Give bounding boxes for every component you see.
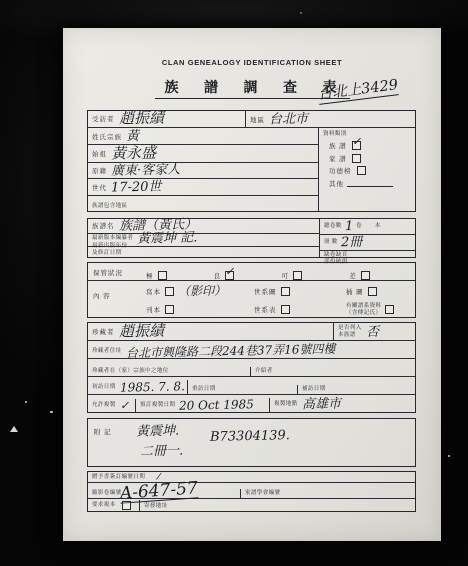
- book-count-row: 冊 數 2冊: [320, 235, 415, 251]
- content-options: 寫本 （影印） 世系圖 插 圖 刊本: [146, 281, 415, 317]
- coverage-row: 族譜包含地區: [88, 196, 318, 212]
- deed-cell: 贈予書簽訂編號日期 ∕: [88, 472, 415, 483]
- condition-label-cell: 保管狀況: [88, 258, 146, 280]
- generations-cell: 世代 17-20世: [88, 180, 163, 195]
- coverage-cell: 族譜包含地區: [88, 202, 133, 211]
- section-interviewee: 受訪者 趙振績 地區 台北市 姓氏宗族 黃: [87, 110, 416, 212]
- publication-label-line2: 及修訂日期: [92, 250, 127, 257]
- missing-pages-label-line1: 缺卷缺頁: [324, 252, 348, 259]
- content-option-label: 世系圖: [254, 287, 277, 296]
- content-option-lineage-table: 世系表: [254, 303, 346, 317]
- publication-label-line1: 最新出版年份: [92, 243, 127, 250]
- condition-options: 極 良 ✓ 可 差: [146, 268, 415, 280]
- category-option-merit-board: 功德榜: [323, 166, 411, 175]
- section-administrative: 贈予書簽訂編號日期 ∕ 縮影卷編號 A-647-57 家譜學會編號 要求複本: [87, 471, 416, 512]
- total-volumes-row: 總卷數 1 卷 本: [320, 219, 415, 235]
- category-option-label: 功德榜: [329, 166, 352, 175]
- film-speck-triangle: [10, 426, 18, 432]
- category-option-label: 族 譜: [329, 141, 347, 150]
- ancestor-value: 黃永盛: [111, 145, 156, 161]
- interviewee-detail-body: 姓氏宗族 黃 始祖 黃永盛 原籍 廣東·客家人: [88, 128, 415, 211]
- category-checkbox-merit-board: [357, 166, 366, 175]
- total-volumes-label: 總卷數: [324, 223, 342, 230]
- condition-checkbox-poor: [361, 271, 370, 280]
- copy-permission-row: 允許複製 ✓ 預訂複製日期 20 Oct 1985 複製地點 高雄市: [88, 395, 415, 412]
- origin-label: 原籍: [92, 166, 107, 175]
- content-option-manuscript: 寫本 （影印）: [146, 285, 254, 297]
- owner-label: 珍藏者: [92, 327, 115, 336]
- condition-row: 保管狀況 極 良 ✓ 可 差: [88, 263, 415, 281]
- content-label-cell: 內 容: [88, 281, 146, 303]
- document-title-english: CLAN GENEALOGY IDENTIFICATION SHEET: [63, 58, 441, 67]
- photo-background: CLAN GENEALOGY IDENTIFICATION SHEET 族 譜 …: [0, 0, 468, 566]
- first-visit-label: 初訪日期: [92, 384, 116, 391]
- first-visit-value: 1985. 7. 8.: [119, 380, 184, 393]
- introducer-label: 介紹者: [255, 368, 273, 375]
- publication-cell: 最新出版年份 及修訂日期: [88, 242, 133, 258]
- society-number-label: 家譜學會編號: [245, 490, 280, 497]
- content-option-printed: 刊本: [146, 303, 254, 317]
- related-materials-label-line2: （含傳記氏）: [346, 310, 381, 317]
- film-speck: [300, 12, 302, 14]
- publication-label: 最新出版年份 及修訂日期: [92, 243, 127, 257]
- generations-row: 世代 17-20世: [88, 179, 318, 196]
- total-volumes-value: 1: [345, 220, 354, 233]
- section-notes: 附 記 黃震坤. B73304139. 二冊一.: [87, 418, 416, 467]
- microfilm-row: 縮影卷編號 A-647-57 家譜學會編號: [88, 483, 415, 499]
- genealogy-title-row: 族譜名 族譜（黃氏）: [88, 219, 319, 234]
- listed-value: 否: [365, 326, 378, 339]
- notes-id-number: B73304139.: [210, 429, 290, 444]
- copy-date-value: 20 Oct 1985: [179, 398, 254, 412]
- copy-place-cell: 複製地點 高雄市: [270, 397, 415, 412]
- category-option-family-genealogy: 家 譜: [323, 154, 411, 163]
- condition-option-label: 良: [214, 271, 222, 280]
- region-cell: 地區 台北市: [246, 112, 415, 127]
- content-checkbox-manuscript: [165, 287, 174, 296]
- condition-option-label: 可: [282, 271, 290, 280]
- owner-address-value: 台北市興隆路二段244巷37弄16號四樓: [125, 343, 335, 359]
- clan-position-row: 珍藏者在（家）宗族中之地位 介紹者: [88, 359, 415, 377]
- origin-cell: 原籍 廣東·客家人: [88, 163, 182, 178]
- checkbox-check-mark: ✓: [225, 266, 234, 277]
- followup-visit-label: 補訪日期: [302, 386, 326, 393]
- mailing-address-cell: 寄發地址: [140, 502, 415, 511]
- condition-option-poor: 差: [349, 271, 415, 280]
- society-number-cell: 家譜學會編號: [241, 489, 415, 498]
- origin-value: 廣東·客家人: [111, 163, 180, 177]
- ancestor-row: 始祖 黃永盛: [88, 145, 318, 163]
- book-count-value: 2冊: [340, 236, 362, 249]
- content-option-lineage-chart: 世系圖: [254, 285, 346, 297]
- condition-option-excellent: 極: [146, 271, 212, 280]
- clan-position-label: 珍藏者在（家）宗族中之地位: [92, 368, 169, 375]
- category-option-clan-genealogy: 族 譜 ✓: [323, 141, 411, 150]
- condition-option-fair: 可: [282, 271, 348, 280]
- notes-label: 附 記: [94, 427, 112, 436]
- category-other-label: 其他: [329, 179, 344, 188]
- ancestor-label: 始祖: [92, 149, 107, 158]
- category-other-blank-line: [347, 180, 393, 187]
- region-label: 地區: [250, 115, 265, 124]
- content-option-label: 插 圖: [346, 287, 364, 296]
- condition-option-label: 差: [349, 271, 357, 280]
- condition-option-good: 良 ✓: [214, 271, 280, 280]
- interviewee-cell: 受訪者 趙振績: [88, 110, 246, 127]
- owner-address-row: 珍藏者住址 台北市興隆路二段244巷37弄16號四樓: [88, 341, 415, 359]
- genealogy-title-label: 族譜名: [92, 221, 115, 230]
- condition-label: 保管狀況: [93, 270, 123, 277]
- publication-row: 最新出版年份 及修訂日期: [88, 247, 319, 258]
- copy-date-cell: 預訂複製日期 20 Oct 1985: [136, 398, 270, 412]
- owner-value: 趙振績: [118, 324, 163, 340]
- revisit-cell: 重訪日期: [188, 385, 298, 394]
- section-owner: 珍藏者 趙振績 是否列入 本族譜 否 珍藏者住址 台北市興隆路二段244巷37弄…: [87, 322, 416, 413]
- listed-cell: 是否列入 本族譜 否: [334, 324, 415, 340]
- origin-row: 原籍 廣東·客家人: [88, 163, 318, 180]
- deed-row: 贈予書簽訂編號日期 ∕: [88, 472, 415, 483]
- interviewee-detail-left: 姓氏宗族 黃 始祖 黃永盛 原籍 廣東·客家人: [88, 128, 319, 211]
- condition-checkbox-good: ✓: [225, 271, 234, 280]
- photocopy-note: （影印）: [178, 284, 226, 297]
- related-materials-label: 有關譜系資料 （含傳記氏）: [346, 303, 381, 317]
- category-option-other: 其他: [323, 179, 411, 188]
- data-category-cell: 資料類別 族 譜 ✓ 家 譜 功德榜 其他: [319, 128, 415, 211]
- checkbox-check-mark: ✓: [352, 136, 361, 147]
- interviewee-label: 受訪者: [92, 114, 115, 123]
- content-option-illustrations: 插 圖: [346, 285, 415, 297]
- copy-request-checkbox: [122, 501, 131, 510]
- content-checkbox-lineage-chart: [281, 287, 290, 296]
- microfilm-number-label: 縮影卷編號: [92, 490, 122, 497]
- content-option-label: 刊本: [146, 305, 161, 314]
- category-checkbox-clan-genealogy: ✓: [352, 141, 361, 150]
- row-interviewee-region: 受訪者 趙振績 地區 台北市: [88, 111, 415, 128]
- followup-visit-cell: 補訪日期: [298, 385, 415, 394]
- region-value: 台北市: [269, 113, 308, 127]
- total-volumes-unit-ben: 本: [375, 223, 381, 230]
- compiler-value: 黃震坤 記.: [137, 231, 198, 245]
- listed-label-line2: 本族譜: [338, 332, 362, 339]
- copy-date-label: 預訂複製日期: [140, 402, 175, 409]
- copy-place-value: 高雄市: [301, 398, 340, 412]
- introducer-cell: 介紹者: [251, 367, 415, 376]
- owner-address-label: 珍藏者住址: [92, 348, 122, 355]
- clan-cell: 姓氏宗族 黃: [88, 129, 141, 144]
- section-genealogy-volume: 族譜名 族譜（黃氏） 最新版本編纂者 黃震坤 記. 最新出版年: [87, 218, 416, 258]
- content-option-related-materials: 有關譜系資料 （含傳記氏）: [346, 303, 415, 317]
- document-paper: CLAN GENEALOGY IDENTIFICATION SHEET 族 譜 …: [63, 28, 441, 541]
- clan-label: 姓氏宗族: [92, 132, 122, 141]
- content-checkbox-related-materials: [385, 305, 394, 314]
- interviewee-value: 趙振績: [118, 111, 163, 127]
- volume-right: 總卷數 1 卷 本 冊 數 2冊 缺卷缺頁 部份破損: [320, 219, 415, 257]
- listed-label: 是否列入 本族譜: [338, 325, 362, 339]
- total-volumes-unit-juan: 卷: [356, 223, 362, 230]
- condition-option-label: 極: [146, 271, 154, 280]
- related-materials-label-line1: 有關譜系資料: [346, 303, 381, 310]
- owner-address-cell: 珍藏者住址 台北市興隆路二段244巷37弄16號四樓: [88, 344, 415, 358]
- category-checkbox-family-genealogy: [352, 154, 361, 163]
- condition-checkbox-fair: [293, 271, 302, 280]
- clan-row: 姓氏宗族 黃: [88, 128, 318, 145]
- content-label: 內 容: [93, 293, 111, 300]
- condition-checkbox-excellent: [158, 271, 167, 280]
- content-checkbox-lineage-table: [281, 305, 290, 314]
- clan-value: 黃: [126, 129, 139, 142]
- copy-request-label: 要求複本: [92, 502, 116, 509]
- owner-cell: 珍藏者 趙振績: [88, 323, 334, 340]
- book-count-label: 冊 數: [324, 239, 338, 246]
- content-option-label: 世系表: [254, 305, 277, 314]
- film-speck: [448, 455, 450, 457]
- deed-label: 贈予書簽訂編號日期: [92, 474, 145, 481]
- copy-permission-label: 允許複製: [92, 402, 116, 409]
- copy-permission-cell: 允許複製 ✓: [88, 399, 136, 412]
- category-option-label: 家 譜: [329, 154, 347, 163]
- microfilm-number-cell: 縮影卷編號 A-647-57: [88, 489, 241, 498]
- copy-place-label: 複製地點: [274, 401, 298, 408]
- notes-name-value: 黃震坤.: [136, 425, 179, 439]
- owner-row: 珍藏者 趙振績 是否列入 本族譜 否: [88, 323, 415, 341]
- content-option-label: 寫本: [146, 287, 161, 296]
- generations-value: 17-20世: [111, 180, 162, 194]
- first-visit-cell: 初訪日期 1985. 7. 8.: [88, 380, 188, 394]
- revisit-label: 重訪日期: [192, 386, 216, 393]
- volume-left: 族譜名 族譜（黃氏） 最新版本編纂者 黃震坤 記. 最新出版年: [88, 219, 320, 257]
- content-row: 內 容 寫本 （影印） 世系圖 插 圖: [88, 281, 415, 317]
- mailing-address-label: 寄發地址: [144, 503, 168, 510]
- coverage-label: 族譜包含地區: [92, 203, 127, 210]
- copy-permission-mark: ✓: [119, 400, 128, 411]
- content-checkbox-printed: [165, 305, 174, 314]
- compiler-label: 最新版本編纂者: [92, 235, 133, 242]
- film-speck: [25, 401, 27, 403]
- data-category-label: 資料類別: [323, 131, 411, 138]
- visit-dates-row: 初訪日期 1985. 7. 8. 重訪日期 補訪日期: [88, 377, 415, 395]
- ancestor-cell: 始祖 黃永盛: [88, 145, 158, 162]
- film-speck: [50, 411, 53, 413]
- clan-position-cell: 珍藏者在（家）宗族中之地位: [88, 367, 251, 376]
- content-checkbox-illustrations: [368, 287, 377, 296]
- volume-body: 族譜名 族譜（黃氏） 最新版本編纂者 黃震坤 記. 最新出版年: [88, 219, 415, 257]
- section-condition-content: 保管狀況 極 良 ✓ 可 差: [87, 262, 416, 318]
- notes-volume-count: 二冊一.: [140, 445, 183, 459]
- generations-label: 世代: [92, 183, 107, 192]
